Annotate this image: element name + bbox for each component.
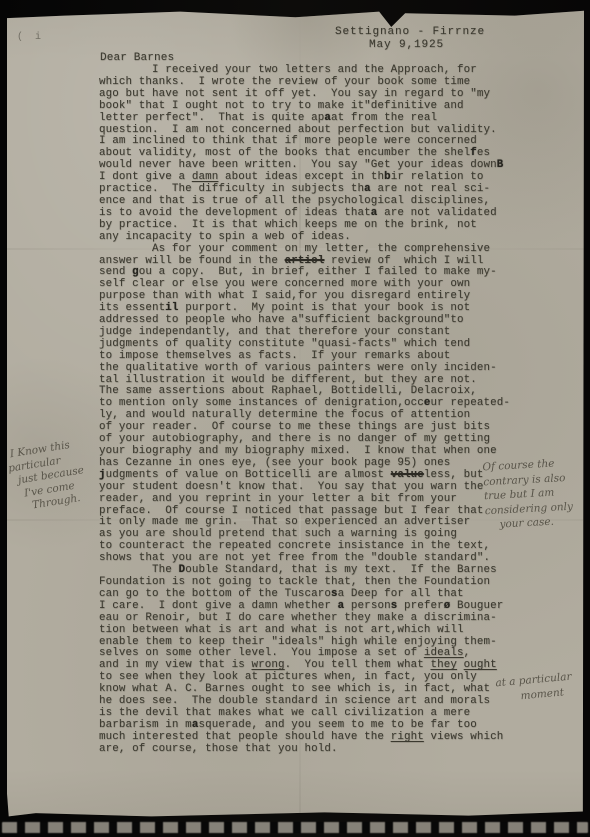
text-line: your student doesn't know that. You say … [99,482,510,494]
text-line: the qualitative worth of various painter… [99,363,510,375]
place-line: Settignano - Firrnze [335,26,485,38]
text-line: judgments of quality constitute "quasi-f… [99,339,510,351]
text-line: eau or Renoir, but I do care whether the… [99,613,510,625]
text-line: reader, and you reprint in your letter a… [99,494,510,506]
text-line: ago but have not sent it off yet. You sa… [99,89,510,101]
text-line: barbarism in masquerade, and you seem to… [99,720,510,732]
date-line: May 9,1925 [369,39,485,51]
letterhead: Settignano - Firrnze May 9,1925 [335,26,485,51]
letter-photo: ( i Settignano - Firrnze May 9,1925 Dear… [0,0,590,837]
salutation: Dear Barnes [100,52,174,64]
text-line: is to avoid the development of ideas tha… [99,208,510,220]
letter-paper: ( i Settignano - Firrnze May 9,1925 Dear… [7,10,584,818]
text-line: judgments of value on Botticelli are alm… [99,470,510,482]
text-line: your case. [499,514,574,532]
text-line: letter perfect". That is quite apaat fro… [99,113,510,125]
text-line: are, of course, those that you hold. [99,744,510,756]
margin-note-left: I Know thisparticularjust becauseI've co… [3,437,89,516]
corner-mark: ( i [17,32,44,43]
letter-body: I received your two letters and the Appr… [99,65,510,756]
text-line: tion between what is art and what is not… [99,625,510,637]
text-line: moment [520,685,573,704]
text-line: to impose themselves as facts. If your r… [99,351,510,363]
text-line: I care. I dont give a damn whether a per… [99,601,510,613]
text-line: much interested that people should have … [99,732,510,744]
film-edge-strip [2,822,588,833]
text-line: book" that I ought not to try to make it… [99,101,510,113]
text-line: by practice. It is that which keeps me o… [99,220,510,232]
margin-note-right-top: Of course thecontrary is alsotrue but I … [482,456,574,533]
margin-note-right-bottom: at a particularmoment [495,670,574,707]
text-line: any incapacity to spin a web of ideas. [99,232,510,244]
